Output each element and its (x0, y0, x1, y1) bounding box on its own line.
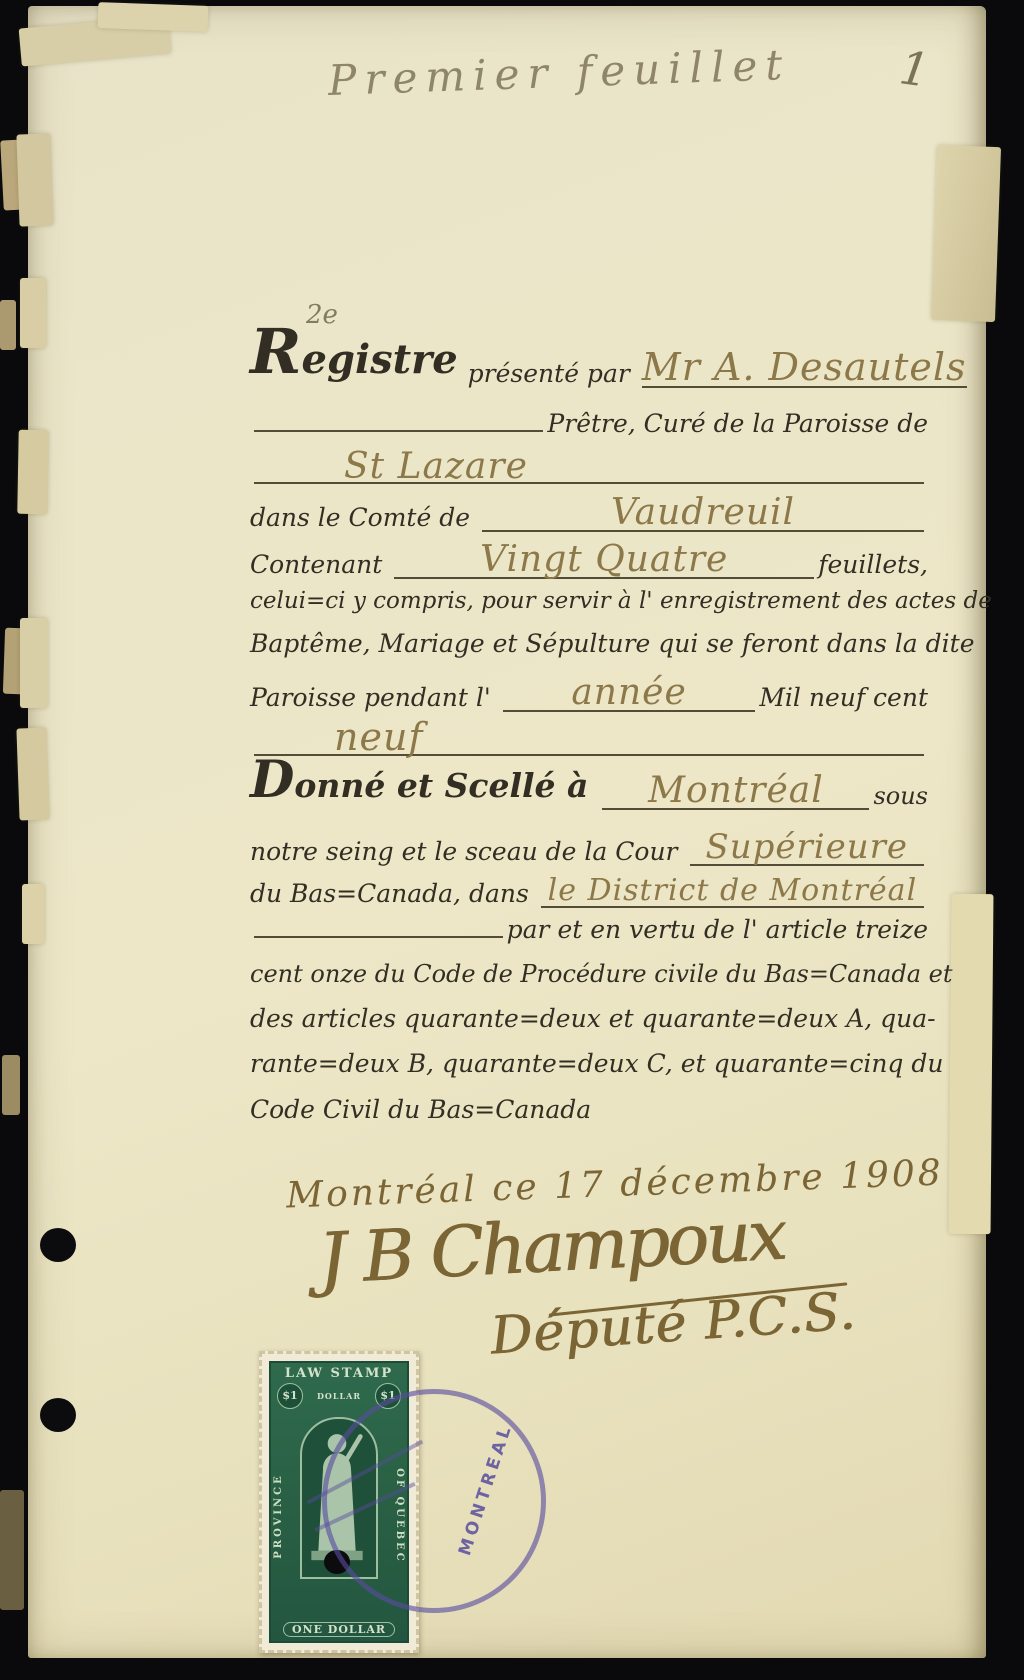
form-line-text: Code Civil du Bas=Canada (250, 1090, 928, 1124)
paper-fragment (0, 1490, 24, 1610)
tape-remnant (16, 133, 53, 226)
fill-in-line (254, 426, 543, 432)
printed-text: dans le Comté de (250, 503, 478, 532)
handwritten-county: Vaudreuil (611, 492, 795, 533)
printed-text: sous (873, 782, 928, 810)
fill-in-line: Mr A. Desautels (642, 345, 967, 388)
fill-in-line: Vaudreuil (482, 492, 924, 532)
form-line-annee: Paroisse pendant l' année Mil neuf cent (250, 664, 928, 712)
fill-in-line (254, 932, 503, 938)
punch-hole (40, 1398, 76, 1432)
torn-edge (949, 894, 994, 1234)
tape-remnant (16, 728, 49, 821)
form-line-pretre: Prêtre, Curé de la Paroisse de (250, 402, 928, 438)
fill-in-line: Montréal (602, 770, 869, 810)
stamp-header: LAW STAMP (271, 1363, 407, 1381)
cancellation-mark: MONTREAL (322, 1389, 546, 1613)
punch-hole (40, 1228, 76, 1262)
torn-edge (931, 145, 1001, 322)
printed-text: par et en vertu de l' article treize (507, 915, 928, 944)
tape-remnant (17, 430, 48, 515)
handwritten-city: Montréal (648, 770, 824, 811)
form-line-text: Baptême, Mariage et Sépulture qui se fer… (250, 624, 928, 658)
form-line-text: rante=deux B, quarante=deux C, et quaran… (250, 1044, 928, 1078)
form-line-donne: Donné et Scellé à Montréal sous (250, 758, 928, 810)
printed-text: Code Civil du Bas=Canada (250, 1095, 599, 1124)
cancellation-text: MONTREAL (455, 1421, 517, 1558)
handwritten-district: le District de Montréal (548, 873, 918, 908)
printed-text: rante=deux B, quarante=deux C, et quaran… (250, 1049, 951, 1078)
handwritten-annee: année (571, 672, 686, 713)
printed-text: cent onze du Code de Procédure civile du… (250, 960, 961, 988)
form-line-article: par et en vertu de l' article treize (250, 908, 928, 944)
handwritten-presenter: Mr A. Desautels (642, 345, 967, 389)
scanned-document: Premier feuillet 1 2e Registre présenté … (0, 0, 1024, 1680)
form-line-district: du Bas=Canada, dans le District de Montr… (250, 860, 928, 908)
handwritten-parish: St Lazare (344, 446, 528, 487)
form-line-text: cent onze du Code de Procédure civile du… (250, 954, 928, 988)
form-line-registre: Registre présenté par Mr A. Desautels (250, 334, 928, 388)
tape-remnant (20, 618, 48, 708)
page-number: 1 (896, 40, 933, 98)
paper-fragment (2, 1055, 20, 1115)
handwritten-count: Vingt Quatre (480, 539, 728, 580)
form-line-comte: dans le Comté de Vaudreuil (250, 486, 928, 532)
tape-remnant (20, 278, 46, 348)
fill-in-line: le District de Montréal (541, 873, 924, 908)
document-page: Premier feuillet 1 2e Registre présenté … (28, 6, 986, 1658)
printed-text: Prêtre, Curé de la Paroisse de (547, 409, 928, 438)
fill-in-line: Vingt Quatre (394, 539, 814, 579)
form-line-cour: notre seing et le sceau de la Cour Supér… (250, 818, 928, 866)
form-line-paroisse: St Lazare (250, 440, 928, 484)
fill-in-line: année (503, 672, 756, 712)
printed-text: celui=ci y compris, pour servir à l' enr… (250, 588, 1000, 614)
paper-fragment (0, 300, 16, 350)
form-line-text: des articles quarante=deux et quarante=d… (250, 999, 928, 1033)
pencil-top-note: Premier feuillet (327, 40, 791, 105)
stamp-side-left: PROVINCE (273, 1473, 284, 1559)
stamp-value-left: $1 (277, 1383, 303, 1409)
tape-remnant (98, 2, 209, 32)
stamp-footer: ONE DOLLAR (283, 1622, 395, 1637)
form-line-contenant: Contenant Vingt Quatre feuillets, (250, 531, 928, 579)
printed-word-registre: Registre (250, 315, 468, 388)
form-line-neuf: neuf (250, 708, 928, 756)
printed-text: présenté par (468, 359, 638, 388)
tape-remnant (22, 884, 44, 944)
stamp-value-word: DOLLAR (317, 1391, 361, 1401)
signer-title: Député P.C.S. (488, 1281, 857, 1366)
printed-text: du Bas=Canada, dans (250, 879, 537, 908)
fill-in-line: St Lazare (254, 446, 924, 484)
printed-text: Contenant (250, 550, 390, 579)
printed-text: Baptême, Mariage et Sépulture qui se fer… (250, 629, 983, 658)
form-line-text: celui=ci y compris, pour servir à l' enr… (250, 580, 928, 614)
printed-text: des articles quarante=deux et quarante=d… (250, 1004, 944, 1033)
printed-word-donne: Donné et Scellé à (250, 750, 598, 810)
printed-text: feuillets, (818, 550, 928, 579)
